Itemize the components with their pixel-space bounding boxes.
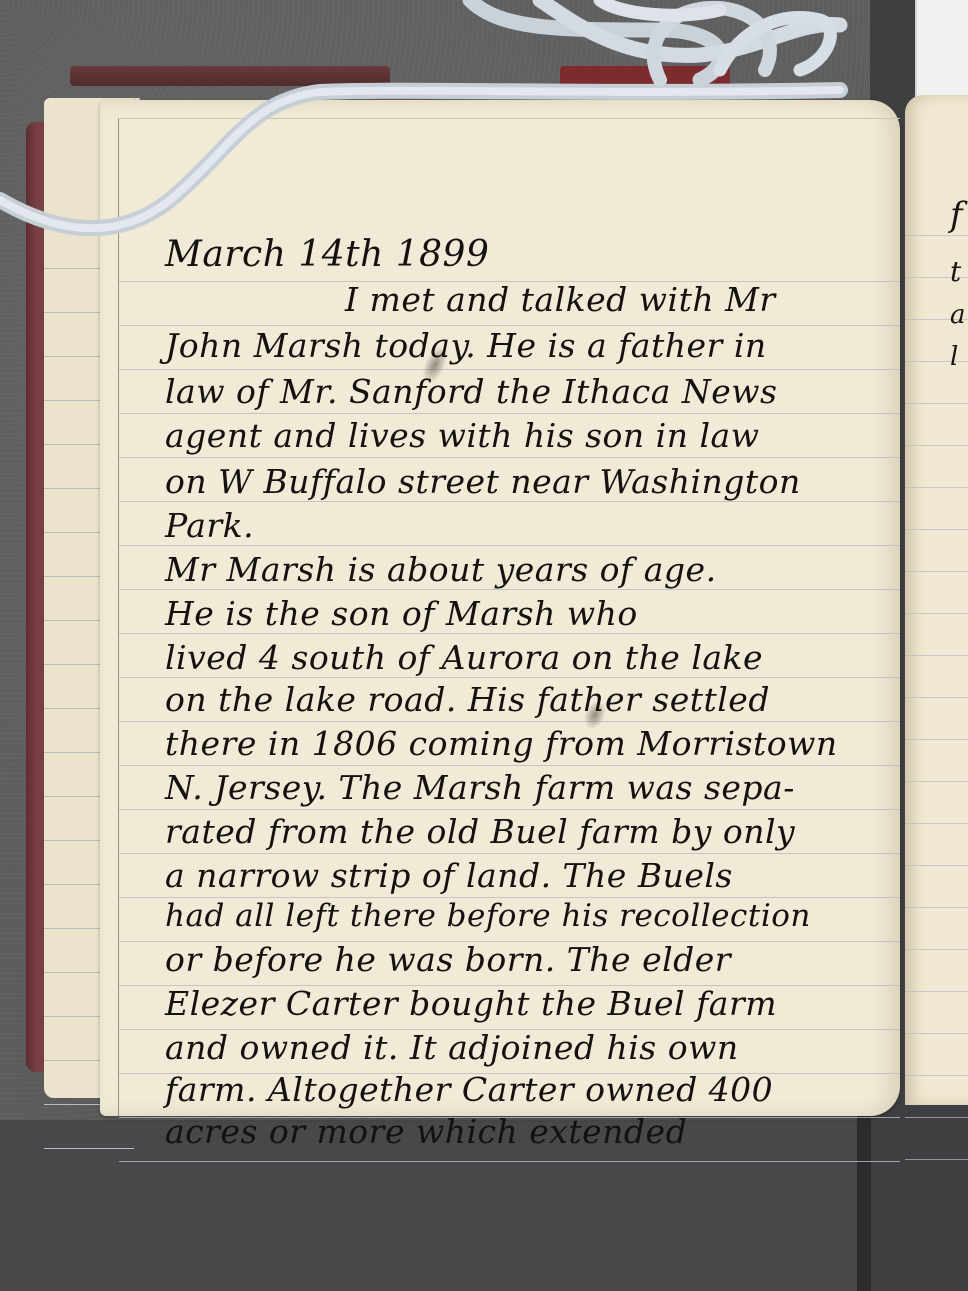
ruled-line — [119, 721, 900, 722]
ruled-line — [905, 529, 968, 530]
ruled-line — [119, 765, 900, 766]
ruled-line — [119, 853, 900, 854]
text-line: agent and lives with his son in law — [165, 416, 759, 455]
ruled-line — [119, 545, 900, 546]
ruled-line — [905, 655, 968, 656]
right-page-fragment: a — [950, 300, 966, 330]
bookmark-cord — [0, 0, 968, 300]
text-line: rated from the old Buel farm by only — [165, 812, 795, 851]
ruled-line — [119, 501, 900, 502]
ruled-line — [119, 809, 900, 810]
ruled-line — [119, 369, 900, 370]
ruled-line — [119, 457, 900, 458]
text-line: or before he was born. The elder — [165, 940, 731, 979]
text-line: on the lake road. His father settled — [165, 680, 770, 719]
text-line: there in 1806 coming from Morristown — [165, 724, 838, 763]
ruled-line — [905, 781, 968, 782]
text-line: Elezer Carter bought the Buel farm — [165, 984, 777, 1023]
ruled-line — [119, 677, 900, 678]
text-line: on W Buffalo street near Washington — [165, 462, 801, 501]
ruled-line — [905, 1117, 968, 1118]
ruled-line — [905, 613, 968, 614]
ruled-line — [44, 1148, 134, 1149]
ruled-line — [905, 487, 968, 488]
text-line: John Marsh today. He is a father in — [165, 326, 767, 365]
ruled-line — [905, 1033, 968, 1034]
ruled-line — [119, 1161, 900, 1162]
ruled-line — [119, 589, 900, 590]
text-line: a narrow strip of land. The Buels — [165, 856, 733, 895]
text-line: Park. — [165, 506, 254, 545]
text-line: He is the son of Marsh who — [165, 594, 638, 633]
right-page-fragment: l — [950, 342, 958, 372]
ruled-line — [905, 361, 968, 362]
ruled-line — [905, 907, 968, 908]
ruled-line — [905, 1159, 968, 1160]
ruled-line — [119, 633, 900, 634]
ruled-line — [905, 571, 968, 572]
ruled-line — [905, 865, 968, 866]
text-line: N. Jersey. The Marsh farm was sepa- — [165, 768, 795, 807]
ruled-line — [119, 413, 900, 414]
ruled-line — [905, 739, 968, 740]
text-line: acres or more which extended — [165, 1112, 687, 1151]
text-line: and owned it. It adjoined his own — [165, 1028, 739, 1067]
board-divider — [857, 1100, 871, 1291]
ruled-line — [905, 403, 968, 404]
ruled-line — [905, 697, 968, 698]
ruled-line — [905, 1075, 968, 1076]
text-line: farm. Altogether Carter owned 400 — [165, 1070, 773, 1109]
text-line: law of Mr. Sanford the Ithaca News — [165, 372, 777, 411]
text-line: lived 4 south of Aurora on the lake — [165, 638, 763, 677]
ruled-line — [905, 991, 968, 992]
ruled-line — [905, 949, 968, 950]
text-line: had all left there before his recollecti… — [165, 898, 811, 934]
ruled-line — [905, 823, 968, 824]
text-line: Mr Marsh is about years of age. — [165, 550, 717, 589]
ruled-line — [905, 445, 968, 446]
